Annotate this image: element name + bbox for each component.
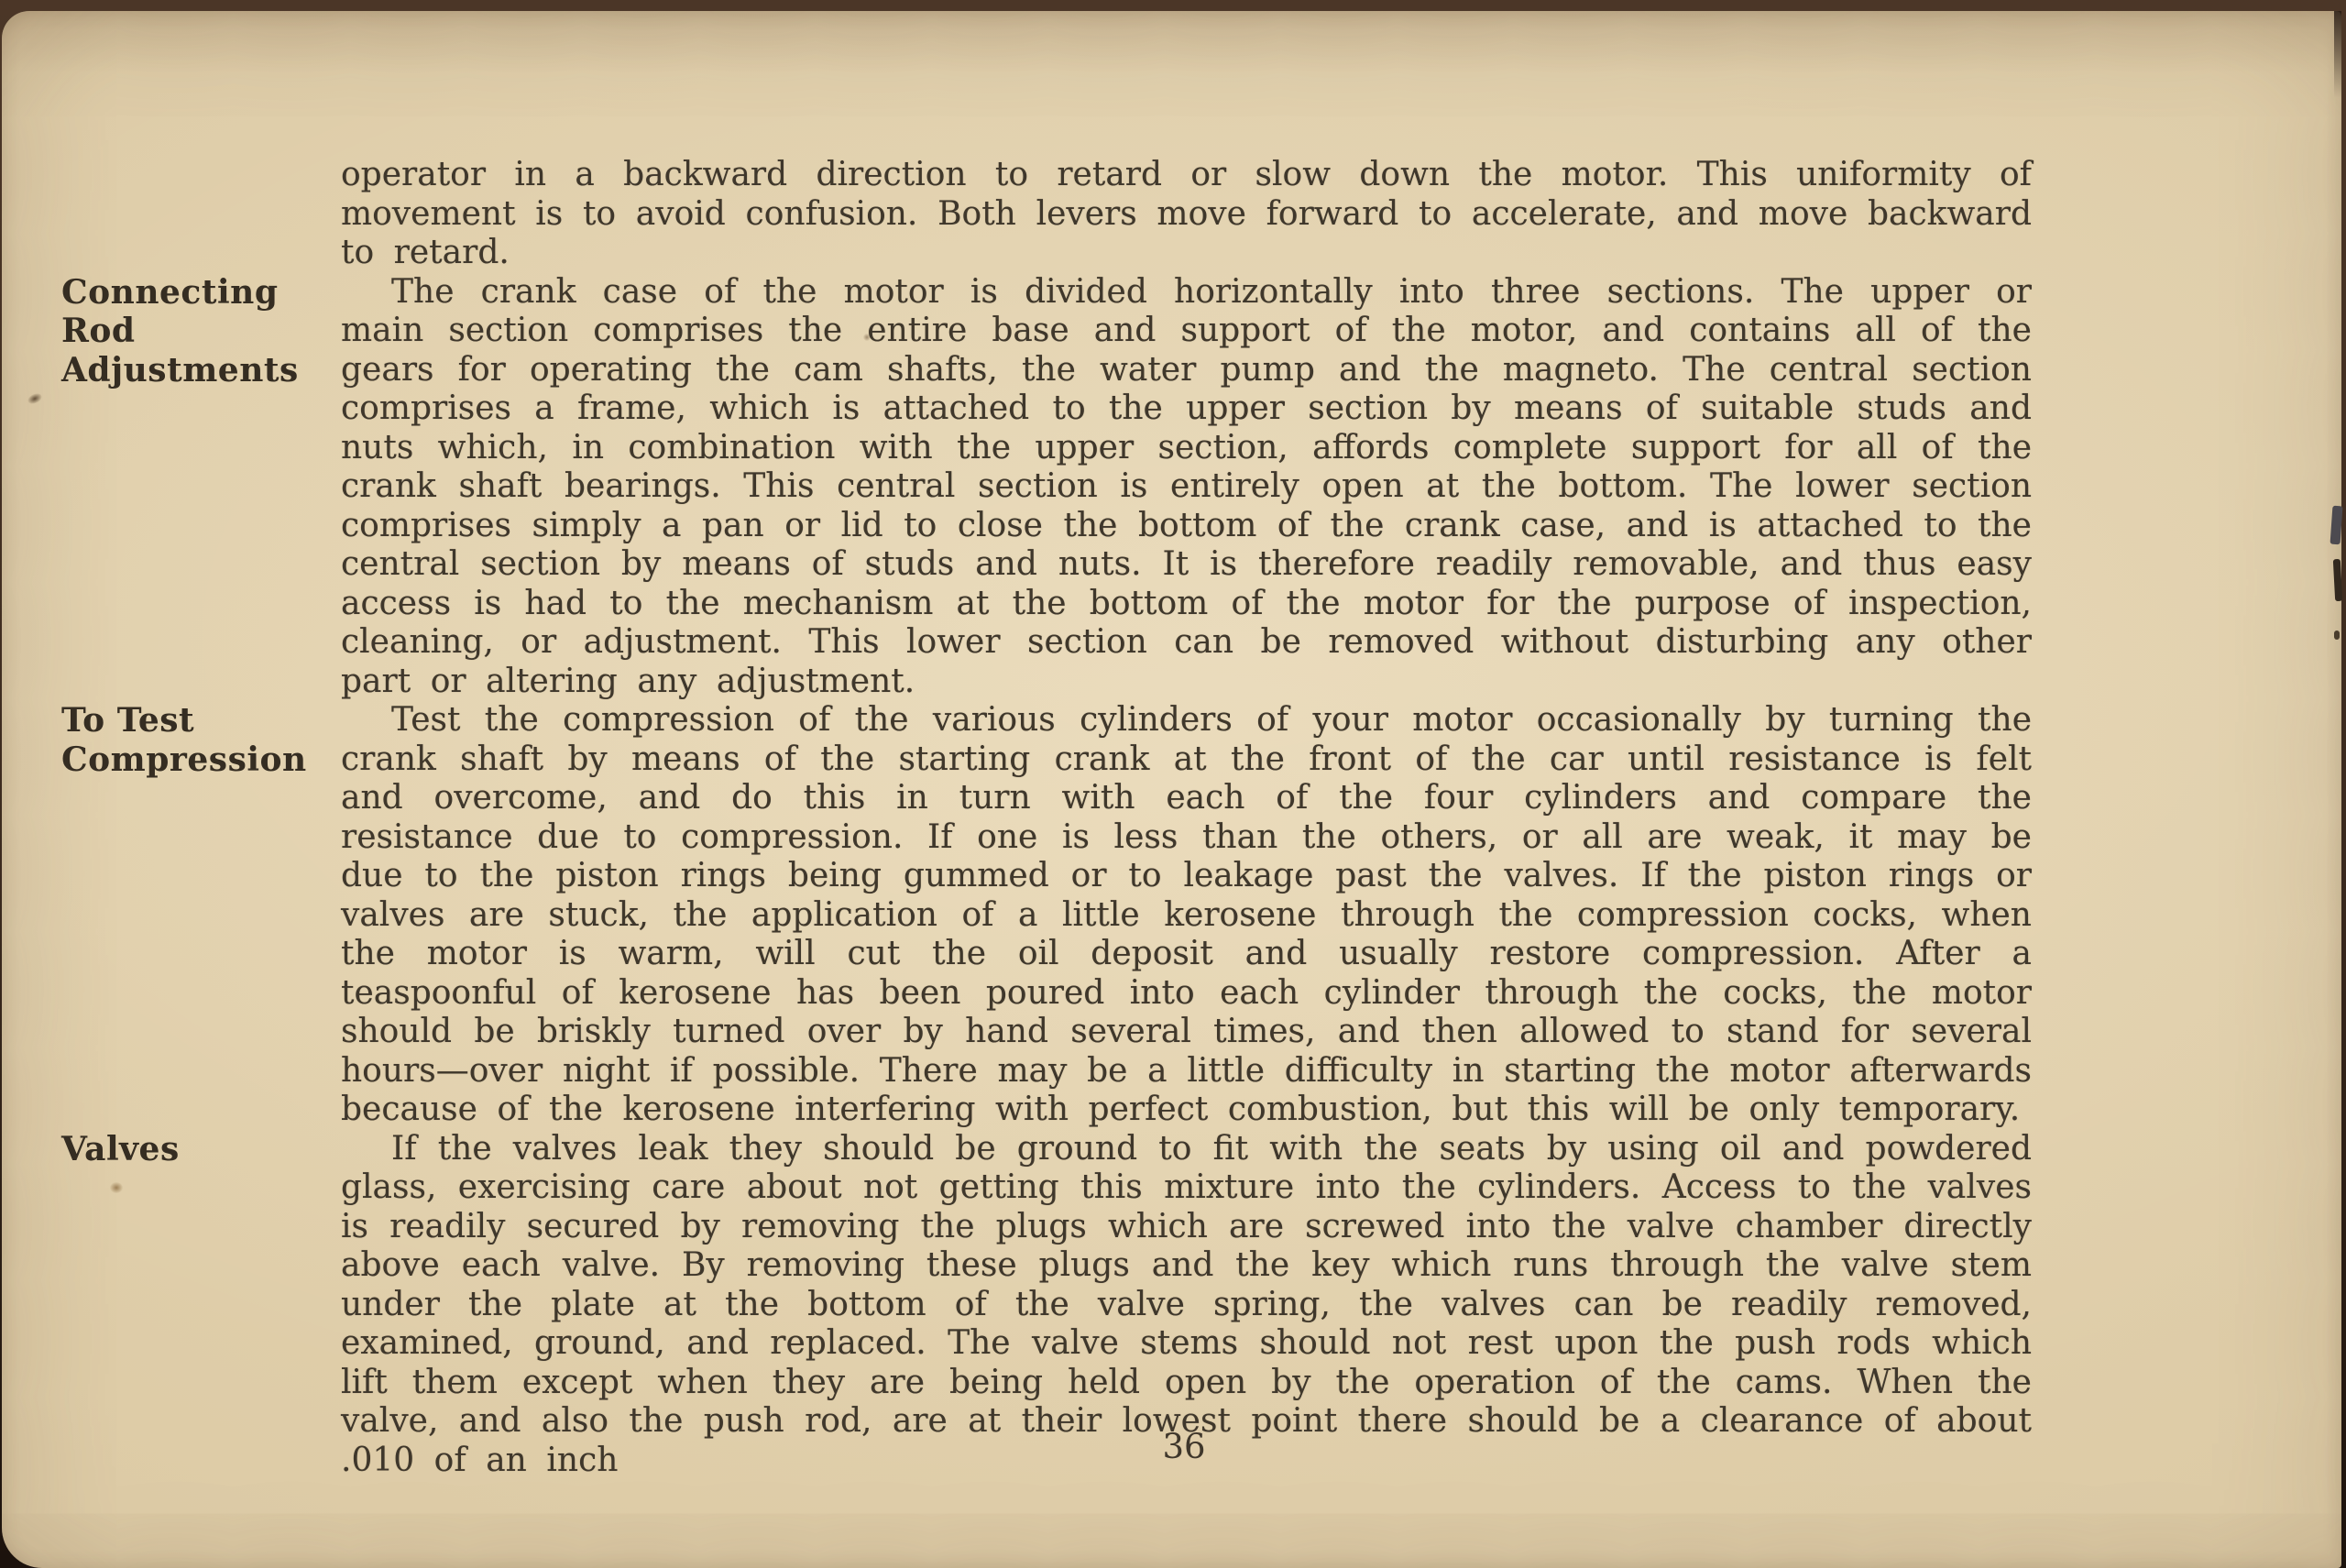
page-edge-mark <box>2334 630 2340 640</box>
margin-heading-to-test-compression: To Test Compression <box>61 701 341 779</box>
page-edge-mark <box>2330 506 2343 545</box>
page-number: 36 <box>341 1427 2027 1466</box>
paper-speck <box>863 334 871 341</box>
margin-heading-connecting-rod-adjustments: Connecting Rod Adjustments <box>61 273 341 390</box>
body-paragraph: The crank case of the motor is divided h… <box>341 273 2032 702</box>
page-edge-mark <box>2333 559 2342 601</box>
section-row: To Test Compression Test the compression… <box>61 701 2032 1130</box>
section-row: Connecting Rod Adjustments The crank cas… <box>61 273 2032 702</box>
section-row: operator in a backward direction to reta… <box>61 156 2032 273</box>
page-edge-shadow <box>2334 11 2341 98</box>
margin-heading-valves: Valves <box>61 1130 341 1169</box>
book-page: operator in a backward direction to reta… <box>2 11 2341 1568</box>
paper-speck <box>27 391 44 406</box>
body-paragraph: Test the compression of the various cyli… <box>341 701 2032 1130</box>
paper-speck <box>110 1182 123 1193</box>
page-content: operator in a backward direction to reta… <box>61 156 2032 1480</box>
body-paragraph: operator in a backward direction to reta… <box>341 156 2032 273</box>
